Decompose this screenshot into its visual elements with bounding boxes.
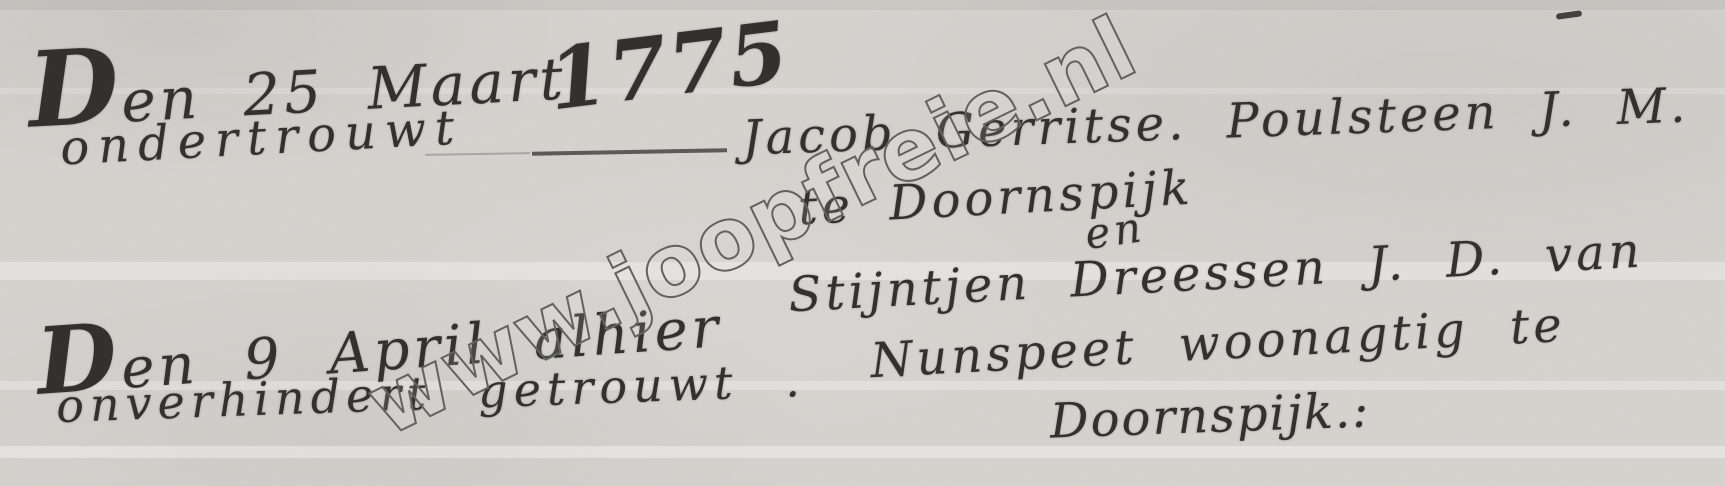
scan-band-bottom [0, 446, 1725, 458]
ditto-dash-faint [425, 152, 530, 156]
ink-speck [1556, 10, 1583, 20]
groom-name-line: Jacob Gerritse. Poulsteen J. M. [741, 77, 1690, 166]
register-scan-page: Den 25 Maart. 1775 ondertrouwt Den 9 Apr… [0, 0, 1725, 486]
ditto-dash [532, 148, 727, 155]
bride-place-line-2: Doornspijk.: [1049, 382, 1371, 449]
scan-band-top [0, 0, 1725, 10]
